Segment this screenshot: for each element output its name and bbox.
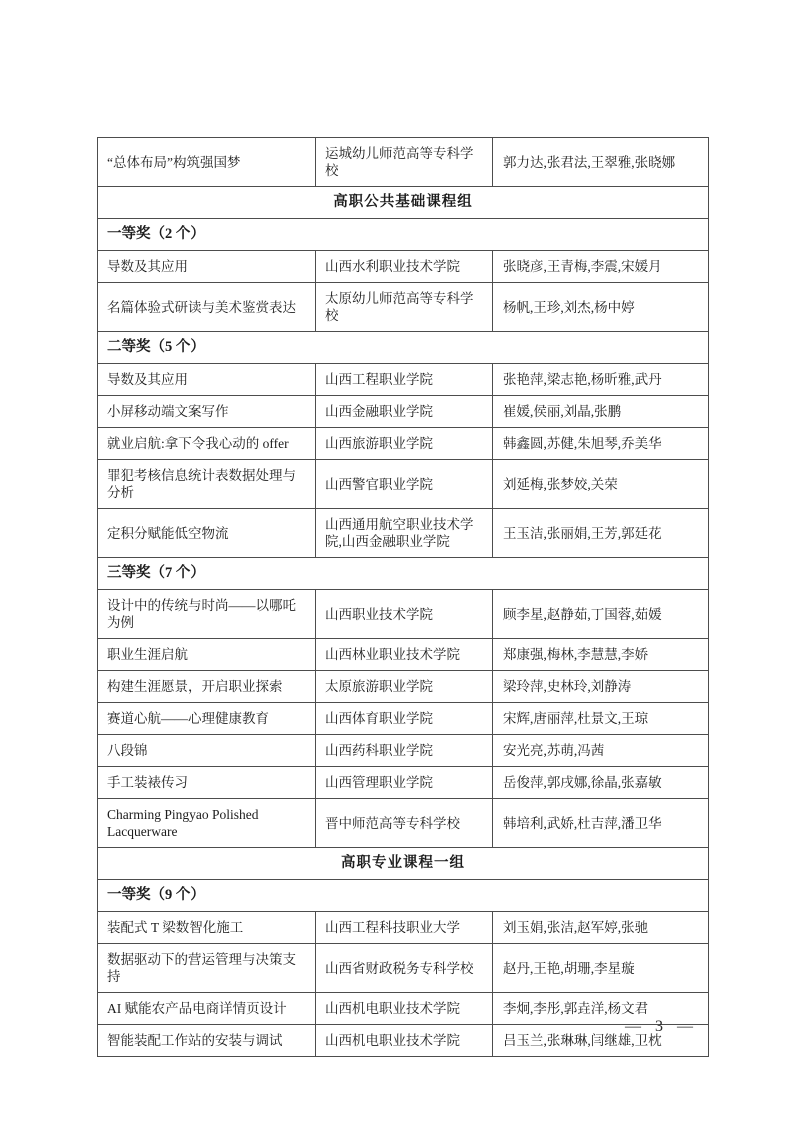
school-cell: 太原幼儿师范高等专科学校: [316, 283, 493, 332]
award-header-cell: 三等奖（7 个）: [98, 558, 709, 590]
school-cell: 山西机电职业技术学院: [316, 993, 493, 1025]
course-cell: 设计中的传统与时尚——以哪吒为例: [98, 590, 316, 639]
course-cell: 职业生涯启航: [98, 639, 316, 671]
school-cell: 山西职业技术学院: [316, 590, 493, 639]
school-cell: 山西通用航空职业技术学院,山西金融职业学院: [316, 509, 493, 558]
table-row: 装配式 T 梁数智化施工山西工程科技职业大学刘玉娟,张洁,赵军婷,张驰: [98, 912, 709, 944]
members-cell: 张晓彦,王青梅,李震,宋媛月: [493, 251, 709, 283]
award-results-table-body: “总体布局”构筑强国梦运城幼儿师范高等专科学校郭力达,张君法,王翠雅,张晓娜高职…: [98, 138, 709, 1057]
course-cell: 构建生涯愿景，开启职业探索: [98, 671, 316, 703]
table-row: 导数及其应用山西工程职业学院张艳萍,梁志艳,杨昕雅,武丹: [98, 364, 709, 396]
table-row: 手工装裱传习山西管理职业学院岳俊萍,郭戌娜,徐晶,张嘉敏: [98, 767, 709, 799]
table-row: 定积分赋能低空物流山西通用航空职业技术学院,山西金融职业学院王玉洁,张丽娟,王芳…: [98, 509, 709, 558]
course-cell: 手工装裱传习: [98, 767, 316, 799]
members-cell: 刘玉娟,张洁,赵军婷,张驰: [493, 912, 709, 944]
school-cell: 山西工程科技职业大学: [316, 912, 493, 944]
school-cell: 山西机电职业技术学院: [316, 1025, 493, 1057]
course-cell: 导数及其应用: [98, 251, 316, 283]
group-header-cell: 高职专业课程一组: [98, 848, 709, 880]
table-row: 赛道心航——心理健康教育山西体育职业学院宋辉,唐丽萍,杜景文,王琼: [98, 703, 709, 735]
members-cell: 崔媛,侯丽,刘晶,张鹏: [493, 396, 709, 428]
course-cell: “总体布局”构筑强国梦: [98, 138, 316, 187]
table-row: 职业生涯启航山西林业职业技术学院郑康强,梅林,李慧慧,李娇: [98, 639, 709, 671]
school-cell: 山西金融职业学院: [316, 396, 493, 428]
school-cell: 山西管理职业学院: [316, 767, 493, 799]
page-number: — 3 —: [560, 1018, 760, 1036]
table-row: 名篇体验式研读与美术鉴赏表达太原幼儿师范高等专科学校杨帆,王珍,刘杰,杨中婷: [98, 283, 709, 332]
table-row: 小屏移动端文案写作山西金融职业学院崔媛,侯丽,刘晶,张鹏: [98, 396, 709, 428]
school-cell: 山西体育职业学院: [316, 703, 493, 735]
table-row: 八段锦山西药科职业学院安光亮,苏萌,冯茜: [98, 735, 709, 767]
course-cell: 小屏移动端文案写作: [98, 396, 316, 428]
table-row: 导数及其应用山西水利职业技术学院张晓彦,王青梅,李震,宋媛月: [98, 251, 709, 283]
members-cell: 杨帆,王珍,刘杰,杨中婷: [493, 283, 709, 332]
school-cell: 山西旅游职业学院: [316, 428, 493, 460]
table-row: 一等奖（2 个）: [98, 219, 709, 251]
school-cell: 山西警官职业学院: [316, 460, 493, 509]
table-row: 数据驱动下的营运管理与决策支持山西省财政税务专科学校赵丹,王艳,胡珊,李星璇: [98, 944, 709, 993]
course-cell: 就业启航:拿下令我心动的 offer: [98, 428, 316, 460]
school-cell: 山西省财政税务专科学校: [316, 944, 493, 993]
table-row: 设计中的传统与时尚——以哪吒为例山西职业技术学院顾李星,赵静茹,丁国蓉,茹媛: [98, 590, 709, 639]
members-cell: 郭力达,张君法,王翠雅,张晓娜: [493, 138, 709, 187]
course-cell: 名篇体验式研读与美术鉴赏表达: [98, 283, 316, 332]
table-row: 罪犯考核信息统计表数据处理与分析山西警官职业学院刘延梅,张梦姣,关荣: [98, 460, 709, 509]
course-cell: 数据驱动下的营运管理与决策支持: [98, 944, 316, 993]
award-header-cell: 一等奖（2 个）: [98, 219, 709, 251]
course-cell: 智能装配工作站的安装与调试: [98, 1025, 316, 1057]
course-cell: Charming Pingyao Polished Lacquerware: [98, 799, 316, 848]
members-cell: 顾李星,赵静茹,丁国蓉,茹媛: [493, 590, 709, 639]
award-header-cell: 一等奖（9 个）: [98, 880, 709, 912]
members-cell: 郑康强,梅林,李慧慧,李娇: [493, 639, 709, 671]
members-cell: 韩培利,武娇,杜吉萍,潘卫华: [493, 799, 709, 848]
table-row: Charming Pingyao Polished Lacquerware晋中师…: [98, 799, 709, 848]
members-cell: 赵丹,王艳,胡珊,李星璇: [493, 944, 709, 993]
table-row: “总体布局”构筑强国梦运城幼儿师范高等专科学校郭力达,张君法,王翠雅,张晓娜: [98, 138, 709, 187]
document-page: { "page": { "number_display": "— 3 —" },…: [0, 0, 794, 1123]
table-row: 构建生涯愿景，开启职业探索太原旅游职业学院梁玲萍,史林玲,刘静涛: [98, 671, 709, 703]
school-cell: 运城幼儿师范高等专科学校: [316, 138, 493, 187]
members-cell: 宋辉,唐丽萍,杜景文,王琼: [493, 703, 709, 735]
members-cell: 王玉洁,张丽娟,王芳,郭廷花: [493, 509, 709, 558]
members-cell: 岳俊萍,郭戌娜,徐晶,张嘉敏: [493, 767, 709, 799]
group-header-cell: 高职公共基础课程组: [98, 187, 709, 219]
school-cell: 太原旅游职业学院: [316, 671, 493, 703]
school-cell: 山西水利职业技术学院: [316, 251, 493, 283]
course-cell: AI 赋能农产品电商详情页设计: [98, 993, 316, 1025]
course-cell: 装配式 T 梁数智化施工: [98, 912, 316, 944]
table-row: 就业启航:拿下令我心动的 offer山西旅游职业学院韩鑫圆,苏健,朱旭琴,乔美华: [98, 428, 709, 460]
course-cell: 导数及其应用: [98, 364, 316, 396]
members-cell: 梁玲萍,史林玲,刘静涛: [493, 671, 709, 703]
members-cell: 韩鑫圆,苏健,朱旭琴,乔美华: [493, 428, 709, 460]
table-row: 三等奖（7 个）: [98, 558, 709, 590]
table-row: 高职专业课程一组: [98, 848, 709, 880]
members-cell: 刘延梅,张梦姣,关荣: [493, 460, 709, 509]
course-cell: 八段锦: [98, 735, 316, 767]
award-results-table: “总体布局”构筑强国梦运城幼儿师范高等专科学校郭力达,张君法,王翠雅,张晓娜高职…: [97, 137, 709, 1057]
members-cell: 安光亮,苏萌,冯茜: [493, 735, 709, 767]
table-row: 二等奖（5 个）: [98, 332, 709, 364]
award-header-cell: 二等奖（5 个）: [98, 332, 709, 364]
school-cell: 晋中师范高等专科学校: [316, 799, 493, 848]
table-row: 高职公共基础课程组: [98, 187, 709, 219]
course-cell: 定积分赋能低空物流: [98, 509, 316, 558]
school-cell: 山西药科职业学院: [316, 735, 493, 767]
table-row: 一等奖（9 个）: [98, 880, 709, 912]
course-cell: 罪犯考核信息统计表数据处理与分析: [98, 460, 316, 509]
school-cell: 山西林业职业技术学院: [316, 639, 493, 671]
school-cell: 山西工程职业学院: [316, 364, 493, 396]
course-cell: 赛道心航——心理健康教育: [98, 703, 316, 735]
members-cell: 张艳萍,梁志艳,杨昕雅,武丹: [493, 364, 709, 396]
